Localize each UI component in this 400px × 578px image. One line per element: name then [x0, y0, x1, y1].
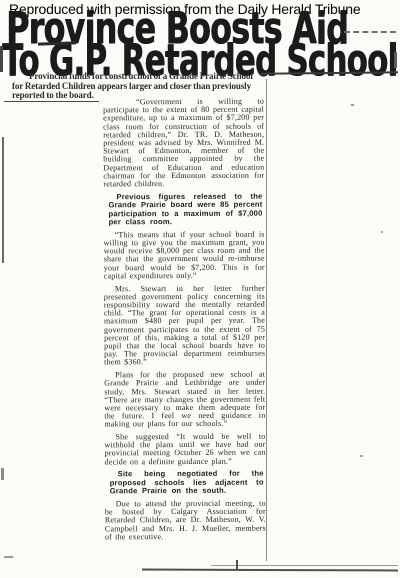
column-rule-right	[266, 79, 267, 561]
scan-artifact-topright-dashes	[344, 31, 396, 35]
article-paragraph-5: Plans for the proposed new school at Gra…	[104, 371, 265, 429]
scan-artifact-left-edge-mark	[0, 46, 3, 72]
article-column: “Government is willing to participate to…	[103, 98, 266, 546]
article-paragraph-2: Previous figures released to the Grande …	[103, 192, 264, 226]
scan-artifact-left-margin-mark	[1, 468, 4, 480]
article-paragraph-4: Mrs. Stewart in her letter further prese…	[104, 284, 265, 367]
article-paragraph-6: She suggested “It would be well to withh…	[104, 433, 265, 467]
scan-artifact-speck-1	[351, 104, 354, 106]
scan-artifact-speck-2	[381, 231, 383, 233]
clip-bottom-tick	[236, 560, 238, 571]
article-paragraph-3: “This means that if your school board is…	[104, 231, 265, 281]
clip-rule-bottom-upper	[211, 565, 398, 566]
article-paragraph-8: Due to attend the provincial meeting, to…	[105, 500, 266, 542]
clip-rule-bottom	[142, 569, 398, 572]
article-paragraph-1: “Government is willing to participate to…	[103, 98, 264, 189]
article-paragraph-7: Site being negotiated for the proposed s…	[105, 470, 266, 496]
clip-rule-left	[2, 137, 4, 263]
lede-rule	[4, 101, 99, 102]
newspaper-clipping: Reproduced with permission from the Dail…	[0, 0, 400, 578]
scan-artifact-speck-4	[4, 556, 13, 558]
scan-artifact-speck-3	[360, 455, 363, 457]
scan-artifact-right-edge-mark	[394, 52, 397, 68]
